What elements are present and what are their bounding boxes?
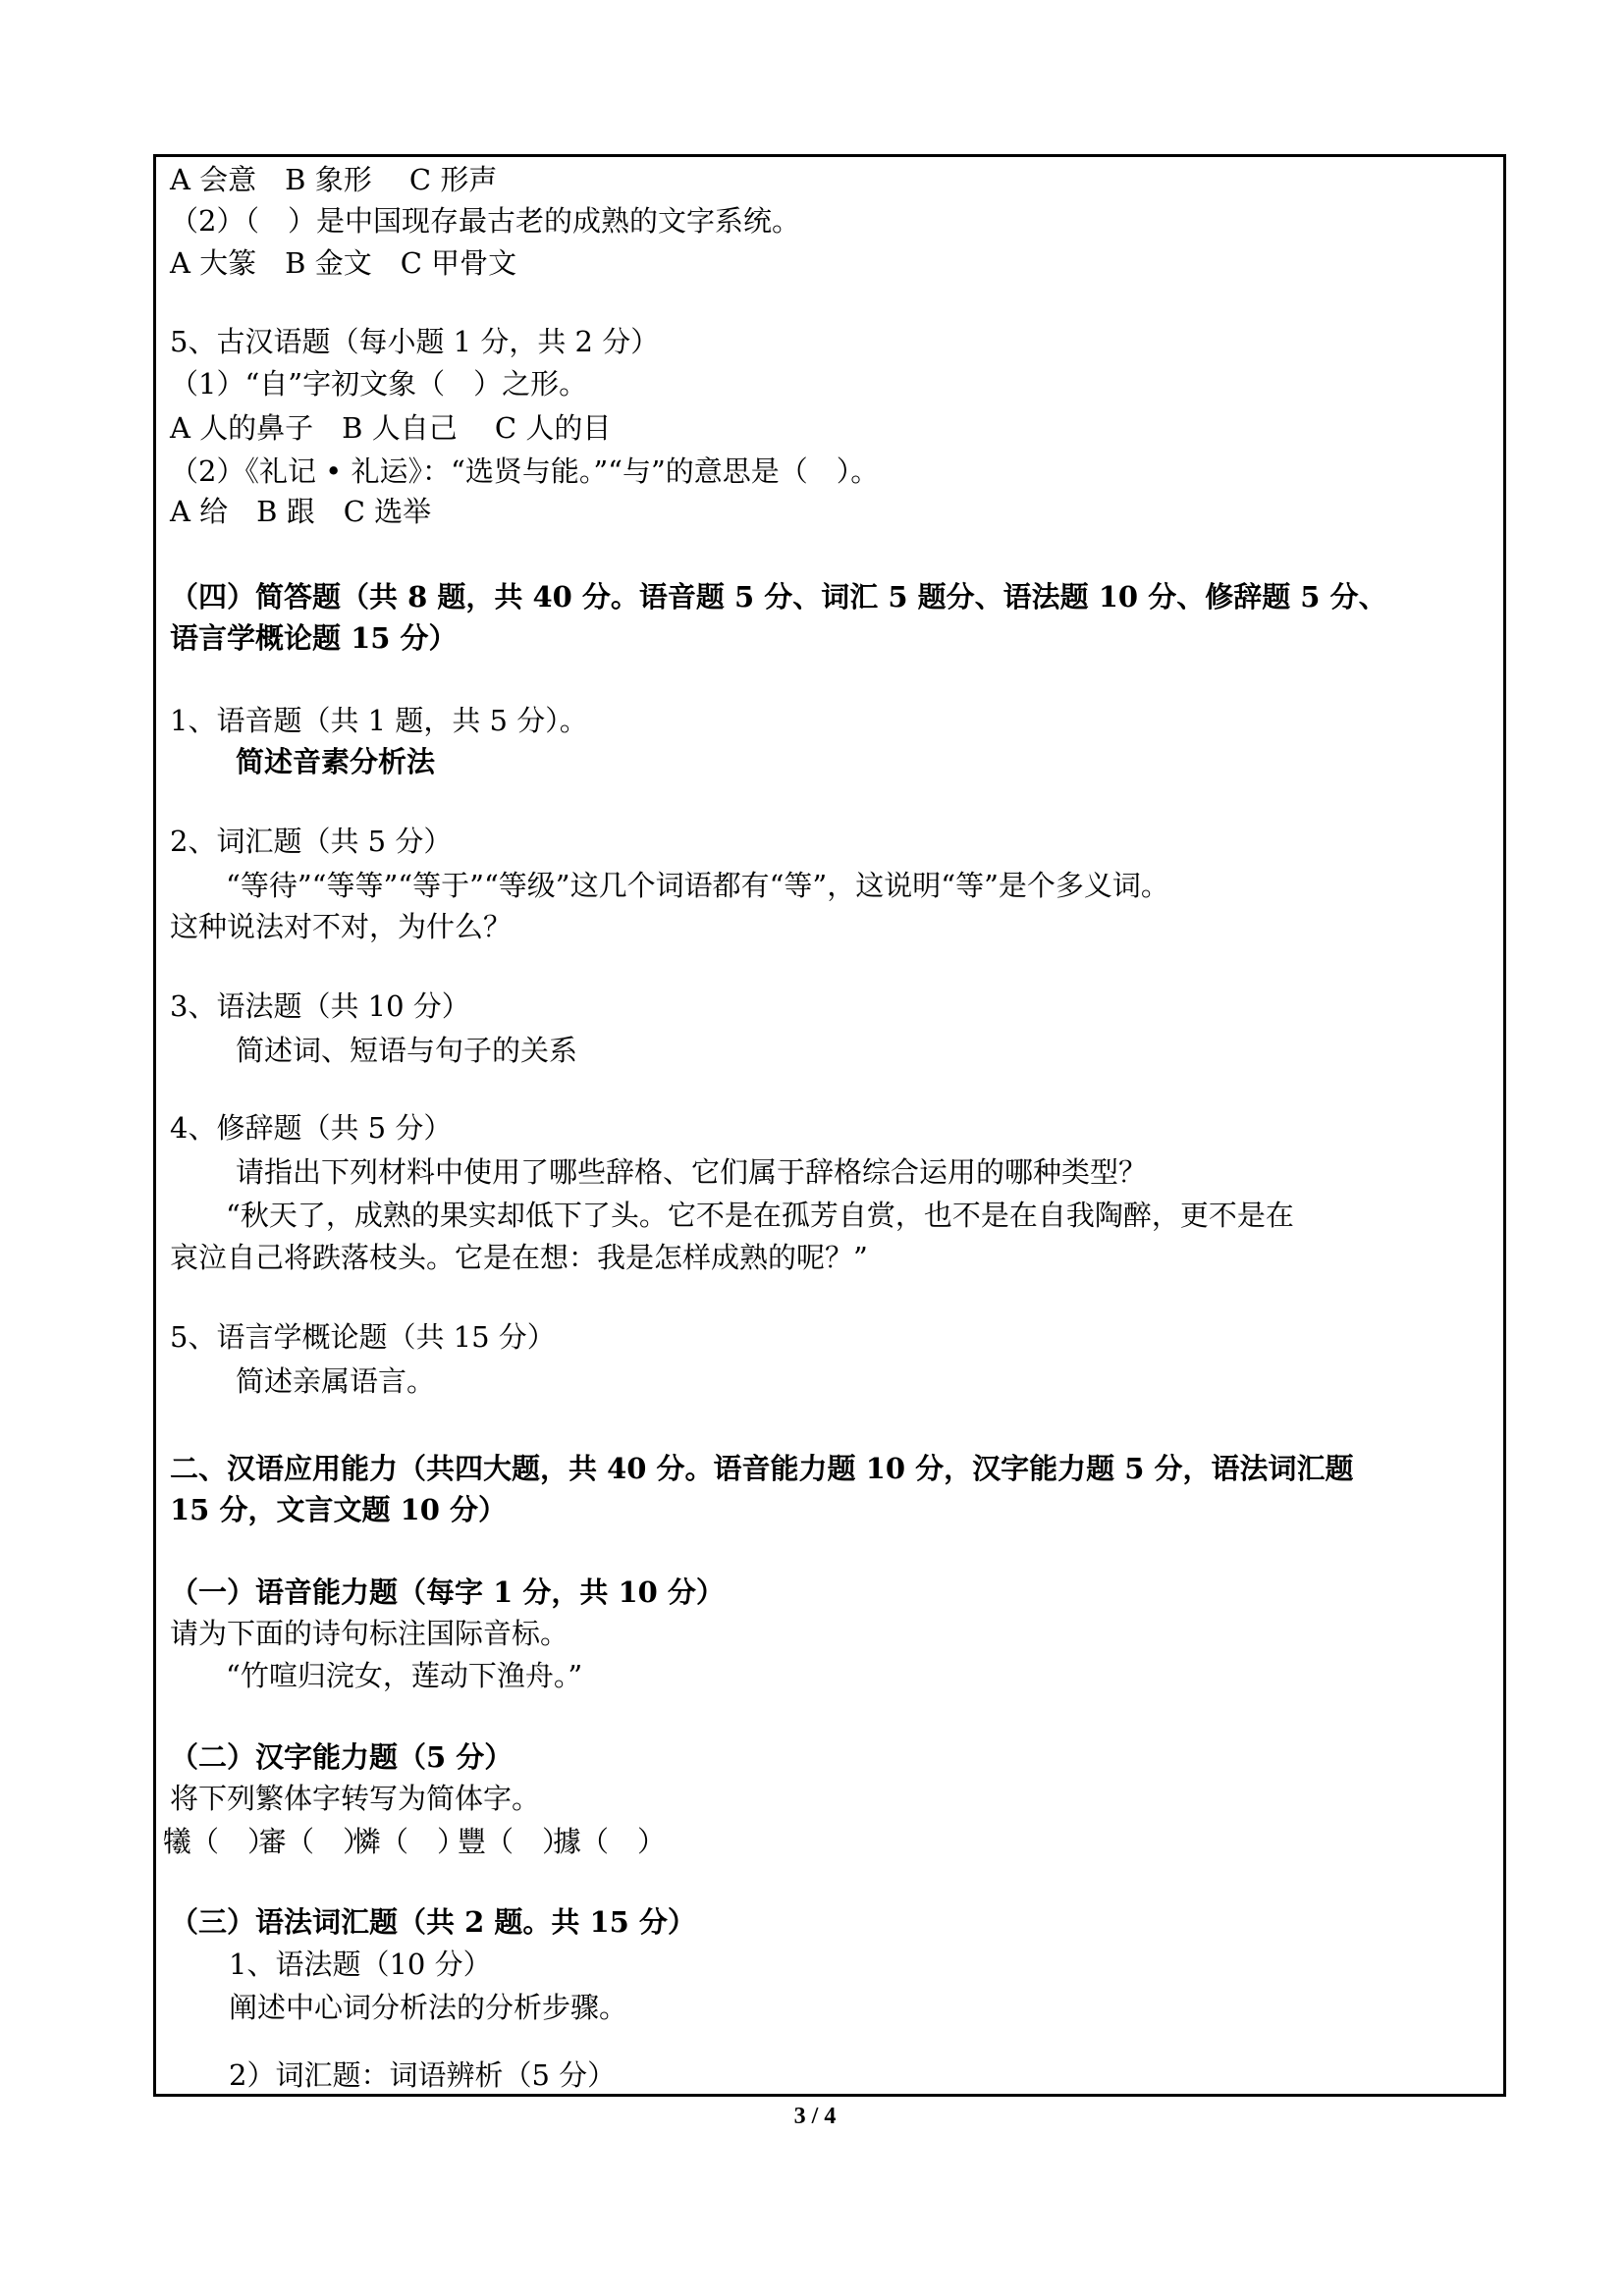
quoted-material: 哀泣自己将跌落枝头。它是在想：我是怎样成熟的呢？” (170, 1240, 868, 1275)
question-title: 5、语言学概论题（共 15 分） (170, 1319, 556, 1355)
section-heading: （一）语音能力题（每字 1 分，共 10 分） (170, 1575, 725, 1610)
instruction: 将下列繁体字转写为简体字。 (170, 1781, 540, 1816)
instruction: 请为下面的诗句标注国际音标。 (170, 1616, 568, 1651)
trad-char: 審 (258, 1824, 287, 1859)
question-options: A 人的鼻子 B 人自己 C 人的目 (170, 410, 611, 446)
question-title: 1、语音题（共 1 题，共 5 分）。 (170, 703, 588, 738)
question-body: 简述亲属语言。 (236, 1363, 435, 1399)
question-prompt: 请指出下列材料中使用了哪些辞格、它们属于辞格综合运用的哪种类型？ (236, 1154, 1147, 1190)
trad-char: 豐 (458, 1824, 486, 1859)
question-title: 1、语法题（10 分） (229, 1947, 492, 1982)
question-title: 2）词汇题：词语辨析（5 分） (229, 2057, 616, 2093)
question-title: 2、词汇题（共 5 分） (170, 824, 452, 859)
question-stem: （1）“自”字初文象（ ）之形。 (170, 366, 587, 401)
trad-char: 犧 (163, 1824, 191, 1859)
trad-char: 據 (553, 1824, 581, 1859)
section-heading: （三）语法词汇题（共 2 题。共 15 分） (170, 1904, 696, 1940)
answer-blank: （ ） (380, 1824, 465, 1859)
trad-char: 憐 (352, 1824, 381, 1859)
quoted-material: “秋天了，成熟的果实却低下了头。它不是在孤芳自赏，也不是在自我陶醉，更不是在 (226, 1198, 1294, 1233)
question-body: 阐述中心词分析法的分析步骤。 (229, 1990, 627, 2025)
question-options: A 给 B 跟 C 选举 (170, 494, 431, 529)
answer-blank: （ ） (580, 1824, 666, 1859)
section-heading: （四）简答题（共 8 题，共 40 分。语音题 5 分、词汇 5 题分、语法题 … (170, 579, 1387, 614)
question-body: 简述词、短语与句子的关系 (236, 1033, 577, 1068)
part-heading: 15 分，文言文题 10 分） (170, 1492, 507, 1527)
section-heading: 语言学概论题 15 分） (170, 620, 458, 656)
poem-line: “竹喧归浣女，莲动下渔舟。” (226, 1658, 582, 1693)
section-heading: （二）汉字能力题（5 分） (170, 1739, 513, 1775)
question-title: 3、语法题（共 10 分） (170, 988, 470, 1024)
question-stem: （2）（ ）是中国现存最古老的成熟的文字系统。 (170, 203, 800, 239)
question-stem: （2）《礼记 • 礼运》：“选贤与能。”“与”的意思是（ ）。 (170, 454, 879, 489)
question-options: A 会意 B 象形 C 形声 (170, 162, 497, 197)
question-options: A 大篆 B 金文 C 甲骨文 (170, 245, 516, 281)
question-body: “等待”“等等”“等于”“等级”这几个词语都有“等”，这说明“等”是个多义词。 (226, 868, 1169, 903)
part-heading: 二、汉语应用能力（共四大题，共 40 分。语音能力题 10 分，汉字能力题 5 … (170, 1451, 1353, 1486)
question-title: 4、修辞题（共 5 分） (170, 1110, 452, 1146)
question-body: 简述音素分析法 (236, 744, 435, 779)
question-body: 这种说法对不对，为什么？ (170, 909, 512, 944)
page-number: 3 / 4 (785, 2104, 844, 2130)
question-title: 5、古汉语题（每小题 1 分，共 2 分） (170, 324, 659, 359)
